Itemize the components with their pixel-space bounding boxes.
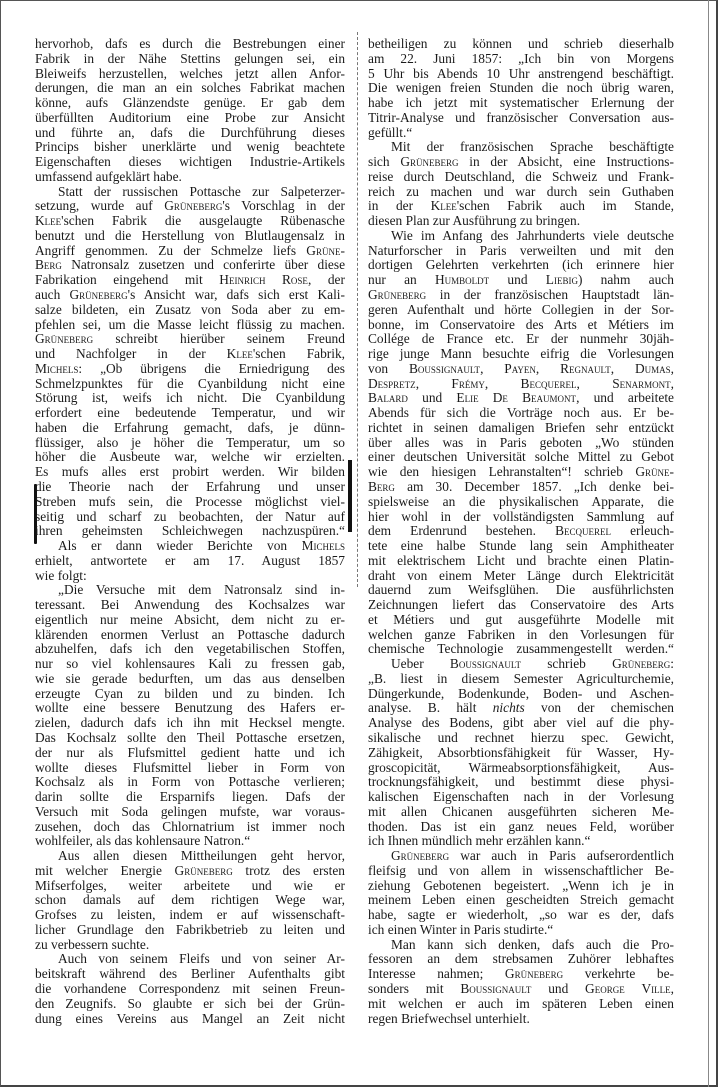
name-small-caps: George (585, 981, 625, 996)
text-line: Grüneberg in der französischen Hauptstad… (368, 288, 674, 303)
text-line: setzung, wurde auf Grüneberg's Vorschlag… (35, 199, 345, 214)
text-line: fessoren an dem strebsamen Zuhörer lebha… (368, 952, 674, 967)
text-line: Grüneberg war auch in Paris aufserordent… (368, 849, 674, 864)
text-line: Angriff genommen. Zu der Schmelze liefs … (35, 244, 345, 259)
text-line: Die wenigen freien Stunden die noch übri… (368, 81, 674, 96)
text-line: Balard und Elie De Beaumont, und arbeite… (368, 391, 674, 406)
text-line: salze bildeten, ein Zusatz von Soda aber… (35, 303, 345, 318)
text-line: Berg am 30. December 1857. „Ich denke be… (368, 480, 674, 495)
text-line: Klee'schen Fabrik die ausgelaugte Rübena… (35, 214, 345, 229)
text-line: habe ich jetzt mit systematischer Erlern… (368, 96, 674, 111)
text-line: Berg Natronsalz zusetzen und conferirte … (35, 258, 345, 273)
text-line: und führte an, dafs die Durchführung die… (35, 126, 345, 141)
text-line: chemische Technologie zusammengestellt w… (368, 642, 674, 657)
text-line: seitig und scharf zu beobachten, der Nat… (35, 510, 345, 525)
text-line: hervorhob, dafs es durch die Bestrebunge… (35, 37, 345, 52)
text-line: Störung ist, weifs ich nicht. Die Cyanbi… (35, 391, 345, 406)
text-line: über alles was in Paris geboten „Wo stün… (368, 436, 674, 451)
text-line: spielsweise an die physikalischen Appara… (368, 495, 674, 510)
text-line: Titrir-Analyse und französischer Convers… (368, 111, 674, 126)
name-small-caps: Beaumont (522, 390, 576, 405)
text-line: tete eine halbe Stunde lang sein Amphith… (368, 539, 674, 554)
text-line: überfüllten Auditorium eine Probe zur An… (35, 111, 345, 126)
text-line: regen Briefwechsel unterhielt. (368, 1012, 674, 1027)
text-line: Aus allen diesen Mittheilungen geht herv… (35, 849, 345, 864)
text-line: sikalische und rechnet hierzu spec. Gewi… (368, 731, 674, 746)
text-line: mit elektrischem Licht und brachte einen… (368, 554, 674, 569)
text-line: meinem Leben einen gescheidten Streich g… (368, 893, 674, 908)
text-line: Kochsalz als in Form von Pottasche verli… (35, 775, 345, 790)
text-line: pfehlen sei, um die Masse leicht flüssig… (35, 318, 345, 333)
name-small-caps: Liebig (546, 272, 578, 287)
text-line: „Die Versuche mit dem Natronsalz sind in… (35, 583, 345, 598)
text-line: auch Grüneberg's Ansicht war, dafs sich … (35, 288, 345, 303)
text-line: betheiligen zu können und schrieb dieser… (368, 37, 674, 52)
text-line: mit welcher Energie Grüneberg trotz des … (35, 864, 345, 879)
text-line: erzeugte Cyan zu bilden und zu binden. I… (35, 687, 345, 702)
text-line: die vorhandene Correspondenz mit seinen … (35, 982, 345, 997)
name-small-caps: Humboldt (435, 272, 489, 287)
name-small-caps: Dumas (635, 361, 671, 376)
name-small-caps: Grüneberg (164, 198, 222, 213)
text-line: zielen, dadurch dafs ich ihn mit Hecksel… (35, 716, 345, 731)
text-line: beitskraft während des Berliner Aufentha… (35, 967, 345, 982)
text-line: licher Grundlage den Fabrikbetrieb zu le… (35, 923, 345, 938)
name-small-caps: Despretz (368, 376, 416, 391)
text-line: Zeichnungen liefert das Conservatoire de… (368, 598, 674, 613)
text-line: Naturforscher in Paris verweilten und mi… (368, 244, 674, 259)
left-column: hervorhob, dafs es durch die Bestrebunge… (35, 37, 345, 1026)
text-line: Fabrik in der Nähe Stettins gelungen sei… (35, 52, 345, 67)
text-line: wie sie gerade bedurften, um das aus den… (35, 672, 345, 687)
text-line: wie folgt: (35, 569, 345, 584)
name-small-caps: Grüneberg (391, 848, 449, 863)
text-line: ihren geheimsten Schleichwegen nachzuspü… (35, 524, 345, 539)
text-line: dortigen Gelehrten verkehrten (ich erinn… (368, 258, 674, 273)
text-line: in der Klee'schen Fabrik auch im Stande, (368, 199, 674, 214)
name-small-caps: Heinrich (219, 272, 265, 287)
text-line: am 22. Juni 1857: „Ich bin von Morgens (368, 52, 674, 67)
name-small-caps: Berg (35, 257, 62, 272)
text-line: mit allen Chicanen ausgeführten sicheren… (368, 805, 674, 820)
text-line: erfordert eine bedeutende Temperatur, un… (35, 406, 345, 421)
text-line: Statt der russischen Pottasche zur Salpe… (35, 185, 345, 200)
right-column: betheiligen zu können und schrieb dieser… (368, 37, 674, 1026)
text-line: Interesse nahmen; Grüneberg verkehrte be… (368, 967, 674, 982)
text-line: Als er dann wieder Berichte von Michels (35, 539, 345, 554)
text-line: Michels: „Ob übrigens die Erniedrigung d… (35, 362, 345, 377)
text-line: thoden. Das ist ein ganz neues Feld, wor… (368, 820, 674, 835)
text-line: teressant. Bei Anwendung des Kochsalzes … (35, 598, 345, 613)
text-line: reise durch Deutschland, die Schweiz und… (368, 170, 674, 185)
text-line: Mit der französischen Sprache beschäftig… (368, 140, 674, 155)
text-line: zu verbessern suchte. (35, 938, 345, 953)
text-line: Ueber Boussignault schrieb Grüneberg: (368, 657, 674, 672)
text-line: Abends für sich die Vorträge noch aus. E… (368, 406, 674, 421)
text-line: klärenden enormen Verlust an Pottasche d… (35, 628, 345, 643)
text-line: zusehen, doch das Chlornatrium ist immer… (35, 820, 345, 835)
text-line: richtet in seinen damaligen Briefen sehr… (368, 421, 674, 436)
text-line: Princips bisher unerklärte und wenig bea… (35, 140, 345, 155)
text-line: Man kann sich denken, dafs auch die Pro- (368, 938, 674, 953)
text-line: trocknungsfähigkeit, und bestimmt diese … (368, 775, 674, 790)
page-edge (708, 0, 709, 1087)
text-line: Versuch mit Soda gelingen mufste, war vo… (35, 805, 345, 820)
name-small-caps: Michels (302, 538, 345, 553)
text-line: mit welchen er auch im späteren Leben ei… (368, 997, 674, 1012)
text-line: dem Erdenrund bestehen. Becquerel erleuc… (368, 524, 674, 539)
text-line: ich Ihnen mündlich mehr erzählen kann.“ (368, 834, 674, 849)
text-line: ich einen Winter in Paris studirte.“ (368, 923, 674, 938)
name-small-caps: Ville (641, 981, 670, 996)
text-line: und Nachfolger in der Klee'schen Fabrik, (35, 347, 345, 362)
column-divider (357, 32, 358, 587)
text-line: Grüneberg schreibt hierüber seinem Freun… (35, 332, 345, 347)
text-line: der nur als Flufsmittel gedient hatte un… (35, 746, 345, 761)
text-line: wollte dieses Flufsmittel lieber in Form… (35, 761, 345, 776)
name-small-caps: Grüne- (635, 464, 674, 479)
text-line: nur so viel kohlensaures Kali zu fressen… (35, 657, 345, 672)
text-line: fleifsig und von allem in wissenschaftli… (368, 864, 674, 879)
text-line: könne, aufs Glänzendste genüge. Er gab d… (35, 96, 345, 111)
text-line: diesen Plan zur Ausführung zu bringen. (368, 214, 674, 229)
name-small-caps: Berg (368, 479, 395, 494)
text-line: Es mufs alles erst probirt werden. Wir b… (35, 465, 345, 480)
text-line: rige junge Mann besuchte eifrig die Vorl… (368, 347, 674, 362)
name-small-caps: Klee (431, 198, 457, 213)
name-small-caps: Grüneberg (69, 287, 127, 302)
name-small-caps: Becquerel (555, 523, 611, 538)
name-small-caps: Frémy (451, 376, 484, 391)
text-line: die Theorie nach der Erfahrung und unser (35, 480, 345, 495)
text-line: Analyse des Bodens, gibt aber viel auf d… (368, 716, 674, 731)
text-line: ziehung Gebotenen begeistert. „Wenn ich … (368, 879, 674, 894)
text-line: hier wohl in der vollständigsten Sammlun… (368, 510, 674, 525)
name-small-caps: Elie (456, 390, 478, 405)
text-line: Zähigkeit, Absorbtionsfähigkeit für Wass… (368, 746, 674, 761)
text-line: wie den hiesigen Lehranstalten“! schrieb… (368, 465, 674, 480)
name-small-caps: Balard (368, 390, 408, 405)
text-line: habe, sagte er wiederholt, „so war es de… (368, 908, 674, 923)
name-small-caps: Boussignault (460, 981, 531, 996)
text-line: Schmelzpunktes für die Cyanbildung nicht… (35, 377, 345, 392)
name-small-caps: Michels (35, 361, 78, 376)
text-line: et Métiers und gut ausgeführte Modelle m… (368, 613, 674, 628)
text-line: sonders mit Boussignault und George Vill… (368, 982, 674, 997)
name-small-caps: Klee (227, 346, 253, 361)
text-line: derungen, die man an ein solches Fabrika… (35, 81, 345, 96)
name-small-caps: Grüne- (306, 243, 345, 258)
margin-bar-mark (348, 460, 352, 532)
name-small-caps: Rose (282, 272, 308, 287)
text-line: flüssiger, also je höher die Temperatur,… (35, 436, 345, 451)
text-line: gefüllt.“ (368, 126, 674, 141)
name-small-caps: Grüneberg (175, 863, 233, 878)
name-small-caps: Grüneberg (400, 154, 458, 169)
text-line: haben die Erfahrung gemacht, dafs, je dü… (35, 421, 345, 436)
name-small-caps: Payen (504, 361, 536, 376)
text-line: benutzt und die Herstellung von Blutlaug… (35, 229, 345, 244)
name-small-caps: Regnault (560, 361, 611, 376)
text-line: kalischen Eigenschaften nach in der Vorl… (368, 790, 674, 805)
text-line: Auch von seinem Fleifs und von seiner Ar… (35, 952, 345, 967)
name-small-caps: Grüneberg (612, 656, 670, 671)
text-line: analyse. B. hält nichts von der chemisch… (368, 701, 674, 716)
text-line: nur an Humboldt und Liebig) nahm auch (368, 273, 674, 288)
text-line: wollte eine bessere Benutzung des Hafers… (35, 701, 345, 716)
text-line: sich Grüneberg in der Absicht, eine Inst… (368, 155, 674, 170)
text-line: eigentlich nur meine Absicht, dem nicht … (35, 613, 345, 628)
name-small-caps: Boussignault (409, 361, 480, 376)
text-line: 5 Uhr bis Abends 10 Uhr anstrengend besc… (368, 67, 674, 82)
text-line: schon damals auf dem richtigen Wege war, (35, 893, 345, 908)
text-line: Despretz, Frémy, Becquerel, Senarmont, (368, 377, 674, 392)
text-line: groscopicität, Wärmeabsorptionsfähigkeit… (368, 761, 674, 776)
text-line: „B. liest in diesem Semester Agriculturc… (368, 672, 674, 687)
text-line: bonne, im Conservatoire des Arts et Méti… (368, 318, 674, 333)
text-line: erhielt, antwortete er am 17. August 185… (35, 554, 345, 569)
text-line: Das Kochsalz sollte den Theil Pottasche … (35, 731, 345, 746)
text-line: abzuhelfen, dafs ich den vegetabilischen… (35, 642, 345, 657)
name-small-caps: Boussignault (450, 656, 521, 671)
text-line: draht von einem Meter Länge durch Elektr… (368, 569, 674, 584)
name-small-caps: Grüneberg (505, 966, 563, 981)
text-line: reich zu machen und war durch sein Gutha… (368, 185, 674, 200)
text-line: welchen ganze Fabriken in den Vorlesunge… (368, 628, 674, 643)
text-line: Mifserfolges, weiter arbeitete und wie e… (35, 879, 345, 894)
text-line: dung eines Vereins aus Mangel an Zeit ni… (35, 1012, 345, 1027)
text-line: Bleiweifs herzustellen, welches jetzt al… (35, 67, 345, 82)
name-small-caps: Becquerel (521, 376, 577, 391)
text-line: Streben mufs sein, die Processe möglichs… (35, 495, 345, 510)
name-small-caps: De (493, 390, 508, 405)
text-line: wohlfeiler, als das kohlensaure Natron.“ (35, 834, 345, 849)
name-small-caps: Klee (35, 213, 61, 228)
name-small-caps: Grüneberg (368, 287, 426, 302)
text-line: höher die Ausbeute war, welche wir erzie… (35, 450, 345, 465)
name-small-caps: Grüneberg (35, 331, 93, 346)
text-line: Düngerkunde, Bodenkunde, Boden- und Asch… (368, 687, 674, 702)
name-small-caps: Senarmont (612, 376, 670, 391)
text-line: Collége de France etc. Er der nunmehr 30… (368, 332, 674, 347)
text-line: darin sollte die Ersparnifs liegen. Dafs… (35, 790, 345, 805)
text-line: den Zeugnifs. So glaubte er sich bei der… (35, 997, 345, 1012)
text-line: Grofses zu leisten, indem er auf wissens… (35, 908, 345, 923)
text-line: Eigenschaften dieses wichtigen Industrie… (35, 155, 345, 170)
text-line: Fabrikation eingehend mit Heinrich Rose,… (35, 273, 345, 288)
emphasis-text: nichts (493, 700, 525, 715)
text-line: geren Aufenthalt und hörte Collegien in … (368, 303, 674, 318)
text-line: dauernd zum Weifsglühen. Die ausführlich… (368, 583, 674, 598)
text-line: von Boussignault, Payen, Regnault, Dumas… (368, 362, 674, 377)
text-line: umfassend aufgeklärt habe. (35, 170, 345, 185)
text-line: einer deutschen Universität solche Mitte… (368, 450, 674, 465)
text-line: Wie im Anfang des Jahrhunderts viele deu… (368, 229, 674, 244)
